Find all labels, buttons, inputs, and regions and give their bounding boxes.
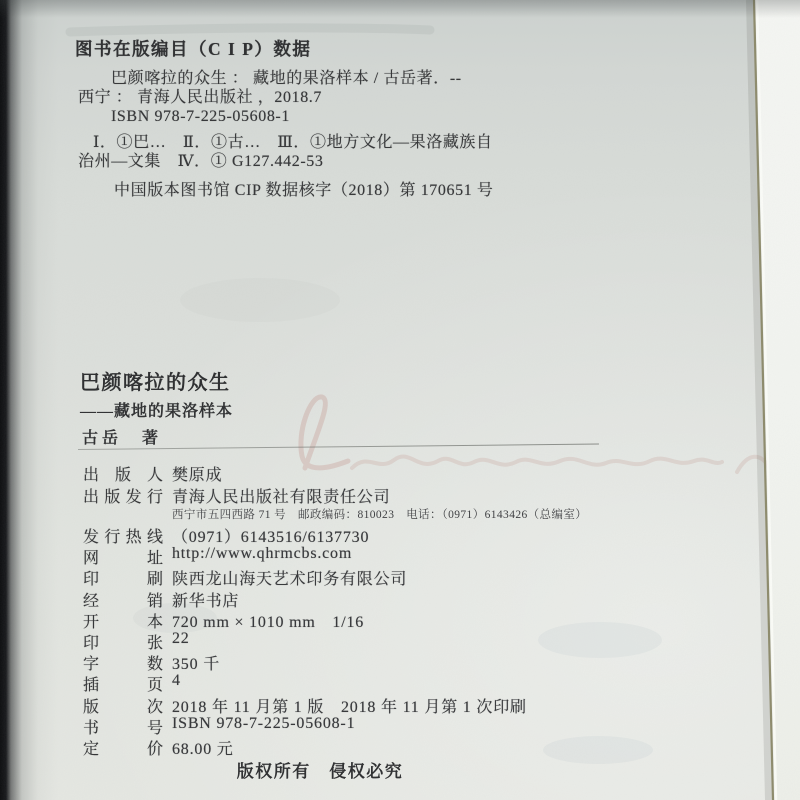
colophon-value: 青海人民出版社有限责任公司 [172, 489, 390, 506]
colophon-row-wordcount: 字数350 千 [83, 651, 587, 672]
colophon-row-isbn: 书号ISBN 978-7-225-05608-1 [83, 715, 587, 736]
colophon-value: ISBN 978-7-225-05608-1 [172, 715, 355, 732]
colophon-row-website: 网址http://www.qhrmcbs.com [83, 545, 587, 566]
colophon-row-printer: 印刷陕西龙山海天艺术印务有限公司 [83, 566, 587, 587]
page-content: 图书在版编目（C I P）数据 巴颜喀拉的众生 ： 藏地的果洛样本 / 古岳著．… [0, 0, 800, 800]
cip-header: 图书在版编目（C I P）数据 [75, 36, 311, 61]
colophon-label: 出版人 [83, 462, 163, 485]
colophon-label: 网址 [83, 545, 163, 568]
colophon-row-format: 开本720 mm × 1010 mm 1/16 [83, 609, 587, 630]
cip-registry-line: 中国版本图书馆 CIP 数据核字（2018）第 170651 号 [114, 177, 494, 200]
colophon-label: 定价 [83, 736, 163, 759]
colophon-row-hotline: 发行热线（0971）6143516/6137730 [83, 524, 587, 545]
book-copyright-page-photo: 图书在版编目（C I P）数据 巴颜喀拉的众生 ： 藏地的果洛样本 / 古岳著．… [0, 0, 800, 800]
colophon-value: 新华书店 [172, 593, 239, 610]
colophon-row-distributor: 经销新华书店 [83, 588, 587, 609]
colophon-label: 经销 [83, 588, 163, 611]
colophon-value: 22 [172, 630, 190, 647]
colophon-value: 350 千 [172, 656, 220, 673]
colophon-label: 书号 [83, 715, 163, 738]
colophon-table: 出版人樊原成 出版发行青海人民出版社有限责任公司 西宁市五四西路 71 号 邮政… [83, 457, 587, 757]
colophon-value: 720 mm × 1010 mm 1/16 [172, 614, 364, 631]
cip-record-line-1: 巴颜喀拉的众生 ： 藏地的果洛样本 / 古岳著．-- [111, 69, 462, 88]
colophon-value: （0971）6143516/6137730 [172, 529, 369, 546]
cip-record-line-2: 西宁 ： 青海人民出版社 ，2018.7 [78, 88, 462, 107]
book-title: 巴颜喀拉的众生 [80, 366, 231, 395]
colophon-value: http://www.qhrmcbs.com [172, 545, 352, 562]
colophon-label: 印刷 [83, 566, 163, 589]
book-subtitle: ——藏地的果洛样本 [80, 398, 233, 421]
colophon-label: 版次 [83, 694, 163, 717]
colophon-value: 4 [172, 672, 181, 689]
colophon-row-inserts: 插页4 [83, 672, 587, 693]
colophon-label: 开本 [83, 609, 163, 632]
cip-isbn-line: ISBN 978-7-225-05608-1 [111, 107, 462, 126]
cip-classification-line-1: Ⅰ．①巴… Ⅱ．①古… Ⅲ．①地方文化—果洛藏族自 [93, 133, 493, 152]
colophon-value: 68.00 元 [172, 741, 234, 758]
cip-record-block: 巴颜喀拉的众生 ： 藏地的果洛样本 / 古岳著．-- 西宁 ： 青海人民出版社 … [78, 69, 462, 126]
colophon-label: 插页 [83, 672, 163, 695]
colophon-row-price: 定价68.00 元 [83, 736, 587, 757]
colophon-label: 发行热线 [83, 524, 163, 547]
colophon-label: 出版发行 [83, 484, 163, 507]
cip-classification-line-2: 治州—文集 Ⅳ．① G127.442-53 [78, 152, 493, 171]
colophon-row-publisher-person: 出版人樊原成 [83, 457, 587, 484]
colophon-label: 印张 [83, 630, 163, 653]
cip-classification-block: Ⅰ．①巴… Ⅱ．①古… Ⅲ．①地方文化—果洛藏族自 治州—文集 Ⅳ．① G127… [78, 133, 493, 171]
colophon-value: 2018 年 11 月第 1 版 2018 年 11 月第 1 次印刷 [172, 699, 527, 716]
colophon-value: 陕西龙山海天艺术印务有限公司 [172, 571, 407, 588]
colophon-label: 字数 [83, 651, 163, 674]
colophon-row-sheets: 印张22 [83, 630, 587, 651]
publisher-address-note: 西宁市五四西路 71 号 邮政编码：810023 电话：（0971）614342… [83, 506, 587, 524]
colophon-row-publisher: 出版发行青海人民出版社有限责任公司 [83, 484, 587, 506]
book-author: 古岳 著 [82, 425, 162, 448]
colophon-row-edition: 版次2018 年 11 月第 1 版 2018 年 11 月第 1 次印刷 [83, 694, 587, 715]
colophon-value: 樊原成 [172, 467, 222, 484]
copyright-notice: 版权所有 侵权必究 [150, 757, 490, 782]
